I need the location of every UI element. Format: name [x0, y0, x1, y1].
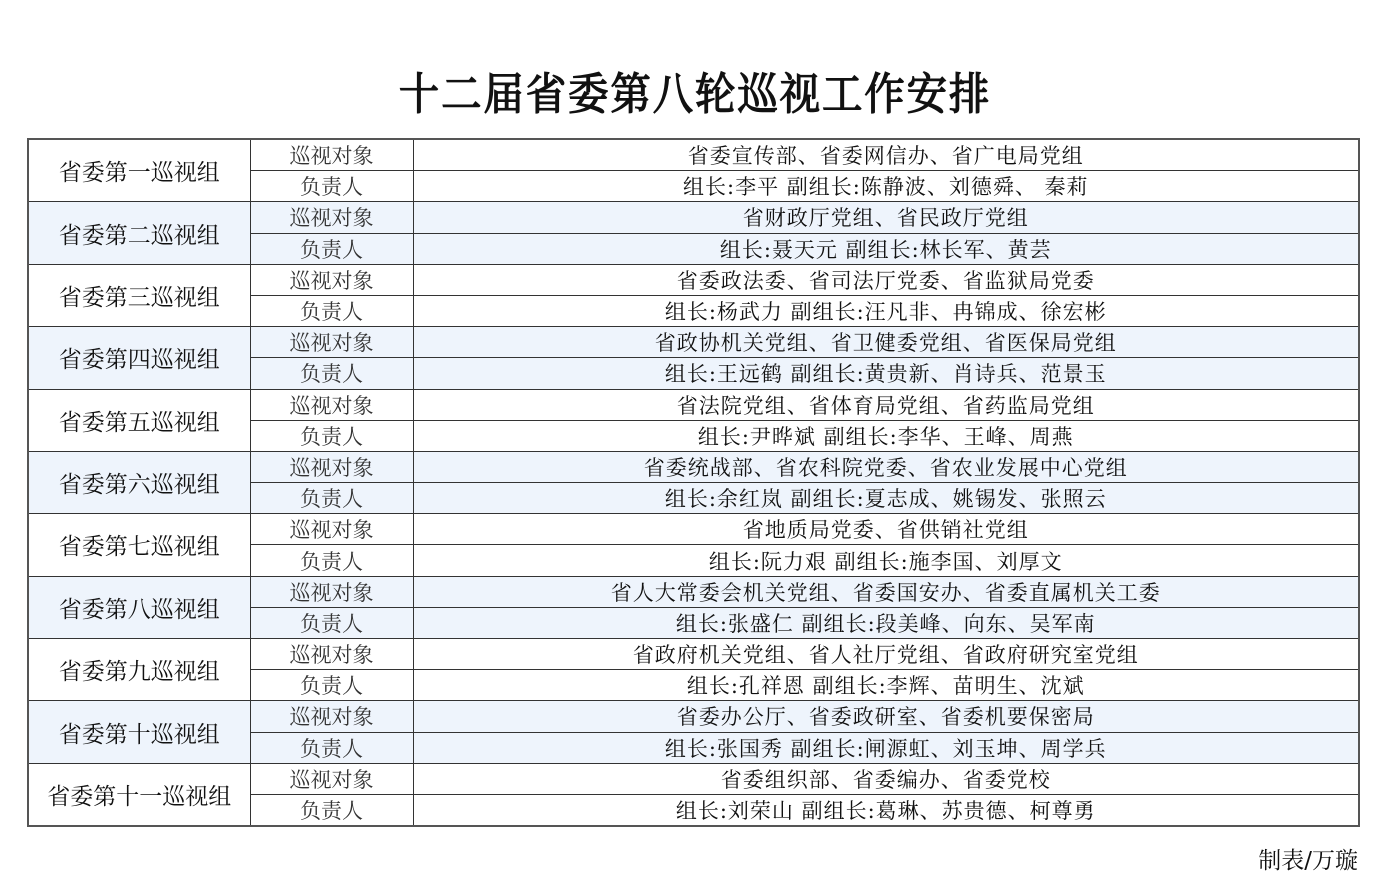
group-name: 省委第十一巡视组	[28, 763, 250, 826]
label-leader: 负责人	[250, 670, 413, 701]
group-name: 省委第六巡视组	[28, 451, 250, 513]
label-target: 巡视对象	[250, 701, 413, 732]
group-leaders: 组长:王远鹤 副组长:黄贵新、肖诗兵、范景玉	[413, 358, 1359, 389]
group-name: 省委第九巡视组	[28, 639, 250, 701]
group-leaders: 组长:尹晔斌 副组长:李华、王峰、周燕	[413, 420, 1359, 451]
label-leader: 负责人	[250, 545, 413, 576]
label-leader: 负责人	[250, 295, 413, 326]
table-row-targets: 省委第十一巡视组巡视对象省委组织部、省委编办、省委党校	[28, 763, 1359, 794]
group-leaders: 组长:聂天元 副组长:林长军、黄芸	[413, 233, 1359, 264]
group-name: 省委第七巡视组	[28, 514, 250, 576]
table-credit: 制表/万璇	[1258, 842, 1358, 875]
group-name: 省委第八巡视组	[28, 576, 250, 638]
inspection-targets: 省委宣传部、省委网信办、省广电局党组	[413, 139, 1359, 171]
label-leader: 负责人	[250, 420, 413, 451]
label-target: 巡视对象	[250, 139, 413, 171]
inspection-schedule-table: 省委第一巡视组巡视对象省委宣传部、省委网信办、省广电局党组负责人组长:李平 副组…	[27, 138, 1360, 827]
label-target: 巡视对象	[250, 576, 413, 607]
label-target: 巡视对象	[250, 389, 413, 420]
label-target: 巡视对象	[250, 264, 413, 295]
inspection-targets: 省地质局党委、省供销社党组	[413, 514, 1359, 545]
label-target: 巡视对象	[250, 639, 413, 670]
group-leaders: 组长:阮力艰 副组长:施李国、刘厚文	[413, 545, 1359, 576]
page-title: 十二届省委第八轮巡视工作安排	[56, 58, 1335, 122]
group-leaders: 组长:张盛仁 副组长:段美峰、向东、吴军南	[413, 607, 1359, 638]
inspection-targets: 省政府机关党组、省人社厅党组、省政府研究室党组	[413, 639, 1359, 670]
group-leaders: 组长:刘荣山 副组长:葛琳、苏贵德、柯尊勇	[413, 794, 1359, 826]
table-row-targets: 省委第九巡视组巡视对象省政府机关党组、省人社厅党组、省政府研究室党组	[28, 639, 1359, 670]
table-row-targets: 省委第四巡视组巡视对象省政协机关党组、省卫健委党组、省医保局党组	[28, 327, 1359, 358]
group-leaders: 组长:李平 副组长:陈静波、刘德舜、 秦莉	[413, 171, 1359, 202]
label-leader: 负责人	[250, 794, 413, 826]
group-name: 省委第五巡视组	[28, 389, 250, 451]
table-row-targets: 省委第六巡视组巡视对象省委统战部、省农科院党委、省农业发展中心党组	[28, 451, 1359, 482]
inspection-targets: 省政协机关党组、省卫健委党组、省医保局党组	[413, 327, 1359, 358]
table-row-targets: 省委第八巡视组巡视对象省人大常委会机关党组、省委国安办、省委直属机关工委	[28, 576, 1359, 607]
schedule-body: 省委第一巡视组巡视对象省委宣传部、省委网信办、省广电局党组负责人组长:李平 副组…	[28, 139, 1359, 826]
table-row-targets: 省委第十巡视组巡视对象省委办公厅、省委政研室、省委机要保密局	[28, 701, 1359, 732]
label-target: 巡视对象	[250, 514, 413, 545]
inspection-targets: 省财政厅党组、省民政厅党组	[413, 202, 1359, 233]
table-row-targets: 省委第三巡视组巡视对象省委政法委、省司法厅党委、省监狱局党委	[28, 264, 1359, 295]
label-target: 巡视对象	[250, 451, 413, 482]
group-name: 省委第二巡视组	[28, 202, 250, 264]
label-leader: 负责人	[250, 607, 413, 638]
inspection-targets: 省委政法委、省司法厅党委、省监狱局党委	[413, 264, 1359, 295]
label-target: 巡视对象	[250, 763, 413, 794]
inspection-targets: 省人大常委会机关党组、省委国安办、省委直属机关工委	[413, 576, 1359, 607]
label-leader: 负责人	[250, 233, 413, 264]
inspection-targets: 省委组织部、省委编办、省委党校	[413, 763, 1359, 794]
inspection-targets: 省法院党组、省体育局党组、省药监局党组	[413, 389, 1359, 420]
label-leader: 负责人	[250, 483, 413, 514]
table-row-targets: 省委第一巡视组巡视对象省委宣传部、省委网信办、省广电局党组	[28, 139, 1359, 171]
label-target: 巡视对象	[250, 202, 413, 233]
table-row-targets: 省委第二巡视组巡视对象省财政厅党组、省民政厅党组	[28, 202, 1359, 233]
label-leader: 负责人	[250, 732, 413, 763]
label-leader: 负责人	[250, 171, 413, 202]
group-name: 省委第三巡视组	[28, 264, 250, 326]
group-leaders: 组长:杨武力 副组长:汪凡非、冉锦成、徐宏彬	[413, 295, 1359, 326]
group-name: 省委第四巡视组	[28, 327, 250, 389]
group-leaders: 组长:孔祥恩 副组长:李辉、苗明生、沈斌	[413, 670, 1359, 701]
label-leader: 负责人	[250, 358, 413, 389]
inspection-targets: 省委统战部、省农科院党委、省农业发展中心党组	[413, 451, 1359, 482]
group-name: 省委第十巡视组	[28, 701, 250, 763]
label-target: 巡视对象	[250, 327, 413, 358]
table-row-targets: 省委第七巡视组巡视对象省地质局党委、省供销社党组	[28, 514, 1359, 545]
group-leaders: 组长:张国秀 副组长:闸源虹、刘玉坤、周学兵	[413, 732, 1359, 763]
group-name: 省委第一巡视组	[28, 139, 250, 202]
table-row-targets: 省委第五巡视组巡视对象省法院党组、省体育局党组、省药监局党组	[28, 389, 1359, 420]
inspection-targets: 省委办公厅、省委政研室、省委机要保密局	[413, 701, 1359, 732]
group-leaders: 组长:余红岚 副组长:夏志成、姚锡发、张照云	[413, 483, 1359, 514]
